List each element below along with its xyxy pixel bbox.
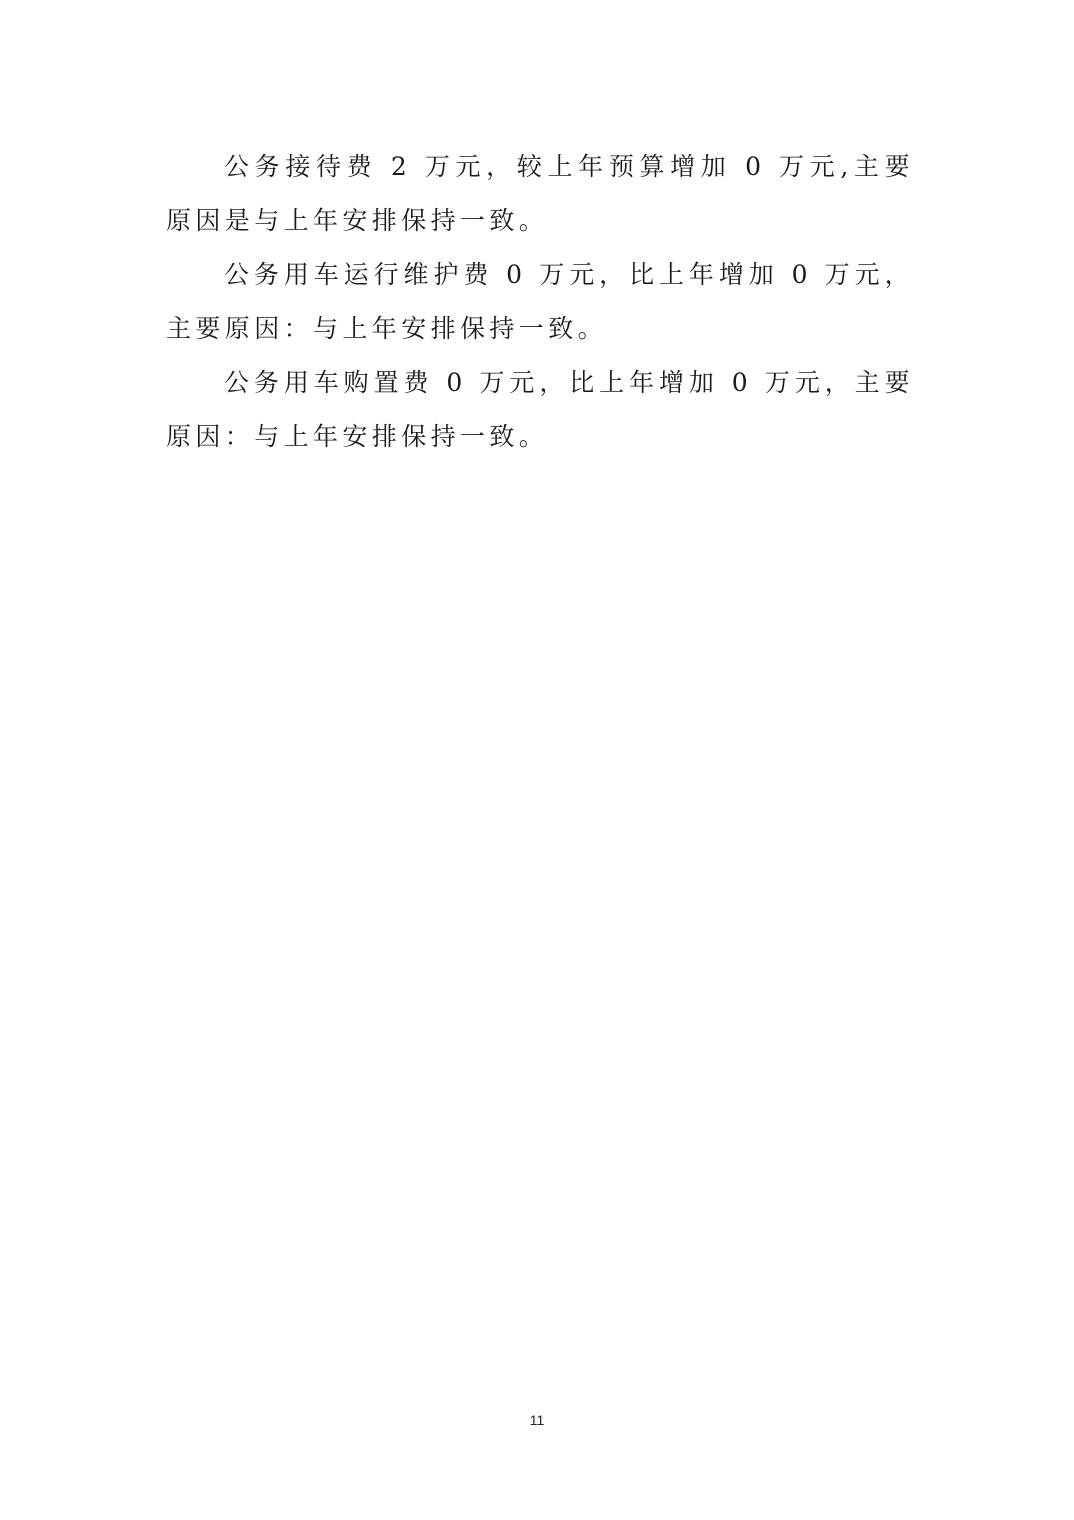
- body-text: 公务接待费 2 万元，较上年预算增加 0 万元,主要原因是与上年安排保持一致。 …: [166, 140, 914, 464]
- page-number: 11: [0, 1412, 1074, 1428]
- paragraph-vehicle-maintenance: 公务用车运行维护费 0 万元，比上年增加 0 万元，主要原因：与上年安排保持一致…: [166, 248, 914, 356]
- paragraph-vehicle-purchase: 公务用车购置费 0 万元，比上年增加 0 万元，主要原因：与上年安排保持一致。: [166, 356, 914, 464]
- document-page: 公务接待费 2 万元，较上年预算增加 0 万元,主要原因是与上年安排保持一致。 …: [0, 0, 1074, 1520]
- paragraph-reception-expense: 公务接待费 2 万元，较上年预算增加 0 万元,主要原因是与上年安排保持一致。: [166, 140, 914, 248]
